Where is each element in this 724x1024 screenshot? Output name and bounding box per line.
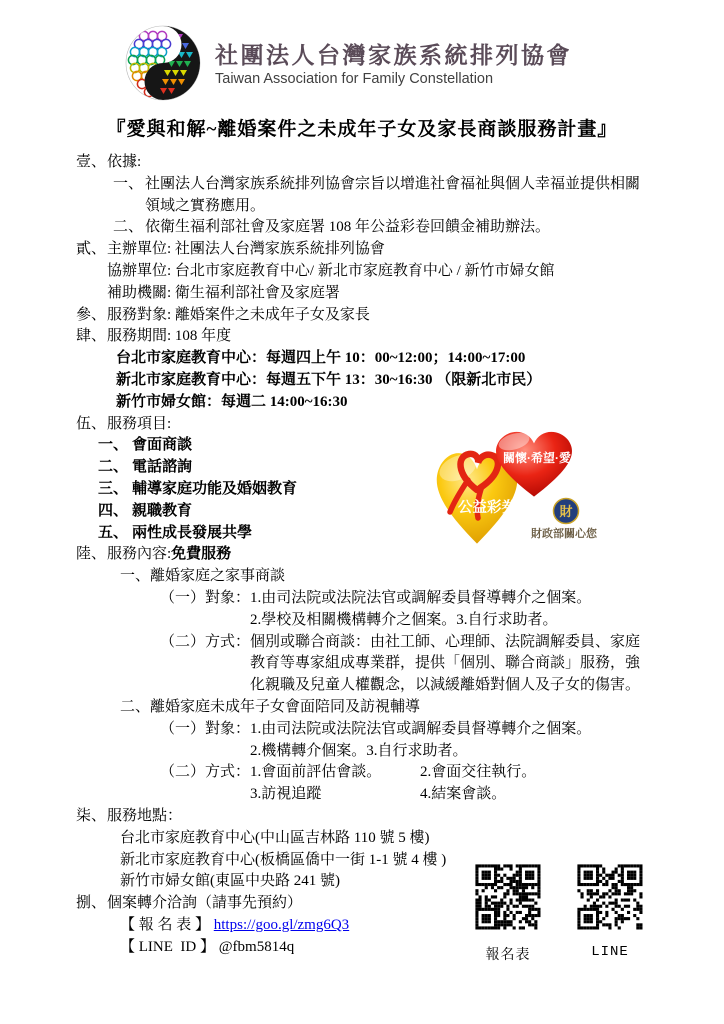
red-heart-slogan: 關懷·希望·愛 bbox=[503, 450, 571, 465]
s6-2-targets-cont: 2.機構轉介個案。3.自行求助者。 bbox=[0, 741, 724, 763]
s6-2-method-row2: 3.訪視追蹤4.結案會談。 bbox=[0, 784, 724, 806]
section-1-heading: 壹、依據: bbox=[0, 152, 724, 174]
section-3-heading: 參、服務對象: 離婚案件之未成年子女及家長 bbox=[0, 305, 724, 327]
schedule-newtaipei: 新北市家庭教育中心：每週五下午 13：30~16:30 （限新北市民） bbox=[0, 370, 724, 392]
sponsor-line: 補助機關: 衛生福利部社會及家庭署 bbox=[0, 283, 724, 305]
document-title: 『愛與和解~離婚案件之未成年子女及家長商談服務計畫』 bbox=[0, 117, 724, 143]
section-1-item-2: 二、依衛生福利部社會及家庭署 108 年公益彩卷回饋金補助辦法。 bbox=[0, 217, 724, 239]
svg-text:財: 財 bbox=[559, 504, 572, 519]
org-name-en: Taiwan Association for Family Constellat… bbox=[215, 70, 572, 89]
section-2-heading: 貳、主辦單位: 社團法人台灣家族系統排列協會 bbox=[0, 239, 724, 261]
section-1-item-1: 一、社團法人台灣家族系統排列協會宗旨以增進社會福祉與個人幸福並提供相關 bbox=[0, 174, 724, 196]
s6-1-method-cont1: 教育等專家組成專業群，提供「個別、聯合商談」服務，強 bbox=[0, 653, 724, 675]
section-6-sub-1: 一、離婚家庭之家事商談 bbox=[0, 566, 724, 588]
section-1-item-1-cont: 領域之實務應用。 bbox=[0, 196, 724, 218]
header: 社團法人台灣家族系統排列協會 Taiwan Association for Fa… bbox=[0, 0, 710, 107]
org-name-zh: 社團法人台灣家族系統排列協會 bbox=[215, 42, 572, 70]
schedule-hsinchu: 新竹市婦女館：每週二 14:00~16:30 bbox=[0, 392, 724, 414]
ministry-badge-icon: 財 bbox=[554, 499, 579, 524]
s6-1-targets: （一）對象：1.由司法院或法院法官或調解委員督導轉介之個案。 bbox=[0, 588, 724, 610]
section-7-heading: 柒、服務地點： bbox=[0, 806, 724, 828]
s6-1-targets-cont: 2.學校及相關機構轉介之個案。3.自行求助者。 bbox=[0, 610, 724, 632]
registration-form-link[interactable]: https://goo.gl/zmg6Q3 bbox=[214, 917, 349, 933]
qr-code-line bbox=[576, 863, 644, 931]
qr-label-registration-form: 報名表 bbox=[474, 944, 542, 964]
s6-1-method: （二）方式：個別或聯合商談：由社工師、心理師、法院調解委員、家庭 bbox=[0, 632, 724, 654]
ministry-caption: 財政部關心您 bbox=[531, 526, 598, 540]
document-page: 社團法人台灣家族系統排列協會 Taiwan Association for Fa… bbox=[0, 0, 724, 1024]
yellow-heart-label: 公益彩券 bbox=[458, 498, 516, 516]
s6-1-method-cont2: 化親職及兒童人權觀念，以減緩離婚對個人及子女的傷害。 bbox=[0, 675, 724, 697]
s6-2-targets: （一）對象：1.由司法院或法院法官或調解委員督導轉介之個案。 bbox=[0, 719, 724, 741]
co-organizer-line: 協辦單位: 台北市家庭教育中心/ 新北市家庭教育中心 / 新竹市婦女館 bbox=[0, 261, 724, 283]
schedule-taipei: 台北市家庭教育中心：每週四上午 10：00~12:00；14:00~17:00 bbox=[0, 348, 724, 370]
section-4-heading: 肆、服務期間: 108 年度 bbox=[0, 326, 724, 348]
s6-2-method-row1: （二）方式：1.會面前評估會談。2.會面交往執行。 bbox=[0, 762, 724, 784]
lottery-hearts-logo: 關懷·希望·愛 公益彩券 財 財政部關心您 bbox=[424, 416, 656, 558]
qr-label-line: LINE bbox=[576, 944, 644, 960]
section-6-sub-2: 二、離婚家庭未成年子女會面陪同及訪視輔導 bbox=[0, 697, 724, 719]
address-taipei: 台北市家庭教育中心(中山區吉林路 110 號 5 樓) bbox=[0, 828, 724, 850]
qr-code-registration-form bbox=[474, 863, 542, 931]
association-logo-icon bbox=[124, 24, 202, 107]
line-id-value: @fbm5814q bbox=[219, 939, 294, 955]
